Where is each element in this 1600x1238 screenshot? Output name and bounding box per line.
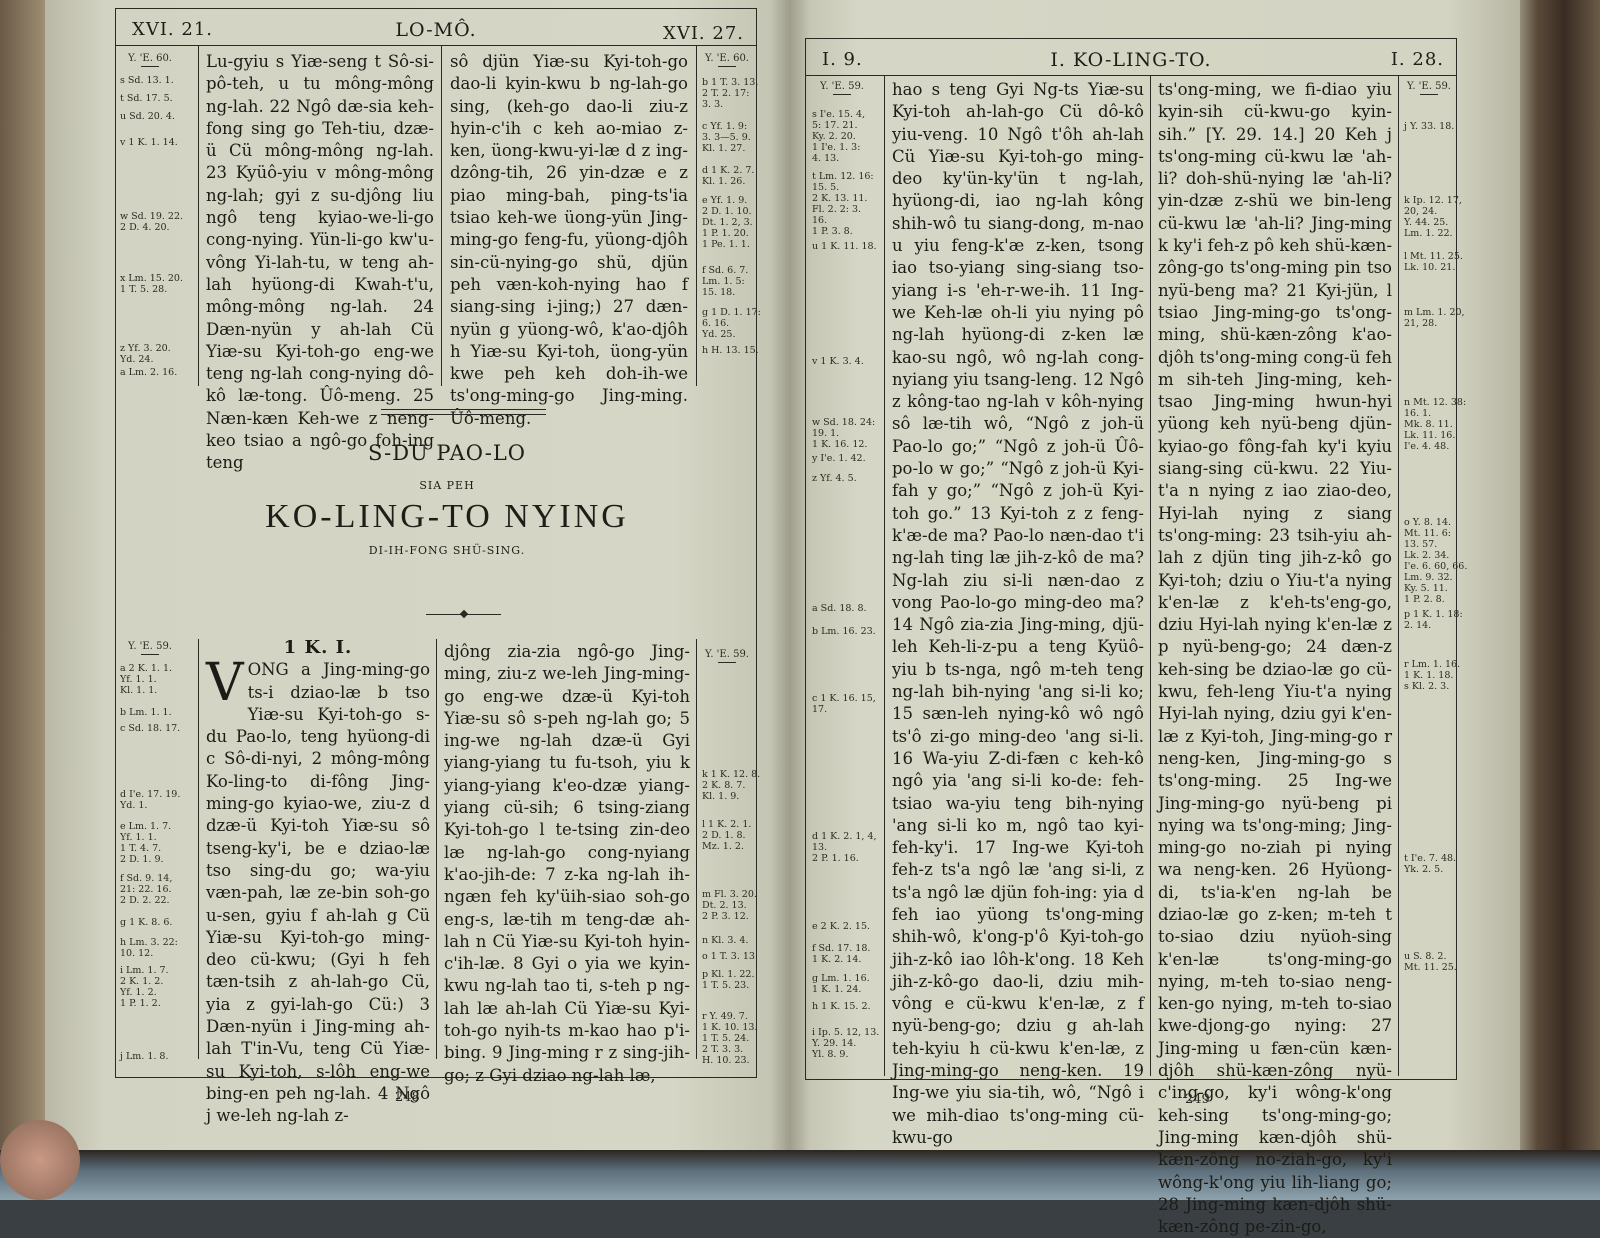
page-number: 249 bbox=[1185, 1092, 1210, 1107]
column-rule bbox=[696, 46, 697, 386]
right-page: I. 9. I. KO-LING-TO. I. 28. Y. 'E. 59. s… bbox=[785, 0, 1520, 1150]
left-page-frame: XVI. 21. LO-MÔ. XVI. 27. Y. 'E. 60. s Sd… bbox=[115, 8, 757, 1078]
body-text: ONG a Jing-ming-go ts-i dziao-læ b tso Y… bbox=[206, 660, 430, 1125]
reference-note: m Fl. 3. 20. Dt. 2. 13. 2 P. 3. 12. bbox=[702, 889, 757, 922]
reference-note: d 1 K. 2. 1, 4, 13. 2 P. 1. 16. bbox=[812, 831, 877, 864]
reference-note: a Sd. 18. 8. bbox=[812, 603, 867, 614]
reference-note: r Lm. 1. 16. 1 K. 1. 18. bbox=[1404, 659, 1460, 681]
book-title: KO-LING-TO NYING bbox=[198, 498, 696, 536]
running-head-right: I. 28. bbox=[1391, 49, 1444, 70]
reference-note: y I'e. 1. 42. bbox=[812, 453, 866, 464]
book-gutter bbox=[770, 0, 810, 1150]
column-rule bbox=[436, 639, 437, 1059]
reference-note: o Y. 8. 14. Mt. 11. 6: 13. 57. Lk. 2. 34… bbox=[1404, 517, 1467, 605]
reference-note: u Sd. 20. 4. bbox=[120, 111, 175, 122]
reference-note: n Kl. 3. 4. bbox=[702, 935, 748, 946]
reference-note: v 1 K. 3. 4. bbox=[812, 356, 864, 367]
reference-note: r Y. 49. 7. 1 K. 10. 13. 1 T. 5. 24. 2 T… bbox=[702, 1011, 757, 1066]
running-head: I. 9. I. KO-LING-TO. I. 28. bbox=[806, 39, 1456, 76]
reference-note: t I'e. 7. 48. Yk. 2. 5. bbox=[1404, 853, 1456, 875]
reference-note: h H. 13. 15. bbox=[702, 345, 759, 356]
reference-note: g 1 K. 8. 6. bbox=[120, 917, 172, 928]
column-rule bbox=[198, 46, 199, 386]
reference-note: c 1 K. 16. 15, 17. bbox=[812, 693, 876, 715]
title-subtitle: DI-IH-FONG SHÜ-SING. bbox=[198, 544, 696, 557]
reference-note: m Lm. 1. 20, 21, 28. bbox=[1404, 307, 1465, 329]
reference-note: w Sd. 19. 22. 2 D. 4. 20. bbox=[120, 211, 183, 233]
reference-note: d 1 K. 2. 7. Kl. 1. 26. bbox=[702, 165, 754, 187]
reference-note: x Lm. 15. 20. 1 T. 5. 28. bbox=[120, 273, 183, 295]
margin-header: Y. 'E. 59. bbox=[1404, 81, 1454, 95]
reference-note: s I'e. 15. 4, 5: 17. 21. Ky. 2. 20. 1 I'… bbox=[812, 109, 865, 164]
body-text: hao s teng Gyi Ng-ts Yiæ-su Kyi-toh ah-l… bbox=[892, 79, 1144, 1149]
text-column: 1 K. I. VONG a Jing-ming-go ts-i dziao-l… bbox=[206, 637, 430, 1128]
margin-header: Y. 'E. 59. bbox=[812, 81, 872, 95]
reference-note: l Mt. 11. 25. Lk. 10. 21. bbox=[1404, 251, 1463, 273]
body-text: ts'ong-ming, we fi-diao yiu kyin-sih cü-… bbox=[1158, 79, 1392, 1200]
reference-note: z Yf. 3. 20. Yd. 24. bbox=[120, 343, 171, 365]
reference-note: b Lm. 16. 23. bbox=[812, 626, 876, 637]
reference-note: h Lm. 3. 22: 10. 12. bbox=[120, 937, 178, 959]
text-column: djông zia-zia ngô-go Jing-ming, ziu-z we… bbox=[444, 641, 690, 1087]
reference-note: f Sd. 9. 14, 21: 22. 16. 2 D. 2. 22. bbox=[120, 873, 172, 906]
reference-note: g Lm. 1. 16. 1 K. 1. 24. bbox=[812, 973, 870, 995]
reference-note: l 1 K. 2. 1. 2 D. 1. 8. Mz. 1. 2. bbox=[702, 819, 751, 852]
reference-note: i Ip. 5. 12, 13. Y. 29. 14. Yl. 8. 9. bbox=[812, 1027, 879, 1060]
reference-note: t Lm. 12. 16: 15. 5. 2 K. 13. 11. Fl. 2.… bbox=[812, 171, 874, 237]
photo-background: XVI. 21. LO-MÔ. XVI. 27. Y. 'E. 60. s Sd… bbox=[0, 0, 1600, 1200]
body-text: sô djün Yiæ-su Kyi-toh-go dao-li kyin-kw… bbox=[450, 51, 688, 430]
title-small-line: SIA PEH bbox=[198, 479, 696, 492]
reference-note: h 1 K. 15. 2. bbox=[812, 1001, 871, 1012]
page-number: 248 bbox=[395, 1090, 420, 1105]
body-text: djông zia-zia ngô-go Jing-ming, ziu-z we… bbox=[444, 641, 690, 1087]
reference-note: b 1 T. 3. 13. 2 T. 2. 17: 3. 3. bbox=[702, 77, 758, 110]
column-rule bbox=[696, 639, 697, 1059]
reference-note: e 2 K. 2. 15. bbox=[812, 921, 870, 932]
reference-note: p 1 K. 1. 18: 2. 14. bbox=[1404, 609, 1463, 631]
reference-note: z Yf. 4. 5. bbox=[812, 473, 857, 484]
thumb bbox=[0, 1120, 80, 1200]
text-column: sô djün Yiæ-su Kyi-toh-go dao-li kyin-kw… bbox=[450, 51, 688, 430]
reference-note: j Lm. 1. 8. bbox=[120, 1051, 168, 1062]
reference-note: c Sd. 18. 17. bbox=[120, 723, 180, 734]
drop-cap: V bbox=[206, 661, 244, 705]
running-head-title: I. KO-LING-TO. bbox=[806, 49, 1456, 71]
reference-note: j Y. 33. 18. bbox=[1404, 121, 1454, 132]
title-author-line: S-DU PAO-LO bbox=[198, 441, 696, 465]
reference-note: a Lm. 2. 16. bbox=[120, 367, 177, 378]
reference-note: d I'e. 17. 19. Yd. 1. bbox=[120, 789, 180, 811]
reference-note: s Sd. 13. 1. bbox=[120, 75, 174, 86]
running-head-right: XVI. 27. bbox=[663, 23, 744, 44]
reference-note: t Sd. 17. 5. bbox=[120, 93, 173, 104]
reference-note: e Lm. 1. 7. Yf. 1. 1. 1 T. 4. 7. 2 D. 1.… bbox=[120, 821, 171, 865]
reference-note: i Lm. 1. 7. 2 K. 1. 2. Yf. 1. 2. 1 P. 1.… bbox=[120, 965, 169, 1009]
running-head: XVI. 21. LO-MÔ. XVI. 27. bbox=[116, 9, 756, 46]
margin-header: Y. 'E. 60. bbox=[120, 53, 180, 67]
diamond-ornament bbox=[426, 614, 501, 615]
margin-header: Y. 'E. 60. bbox=[702, 53, 752, 67]
book-title-block: S-DU PAO-LO SIA PEH KO-LING-TO NYING DI-… bbox=[198, 441, 696, 557]
reference-note: s Kl. 2. 3. bbox=[1404, 681, 1449, 692]
double-rule-divider bbox=[381, 409, 546, 415]
reference-note: k 1 K. 12. 8. 2 K. 8. 7. Kl. 1. 9. bbox=[702, 769, 760, 802]
column-rule bbox=[1150, 76, 1151, 1076]
reference-note: a 2 K. 1. 1. Yf. 1. 1. Kl. 1. 1. bbox=[120, 663, 172, 696]
column-rule bbox=[1398, 76, 1399, 1076]
margin-header: Y. 'E. 59. bbox=[120, 641, 180, 655]
reference-note: f Sd. 6. 7. Lm. 1. 5: 15. 18. bbox=[702, 265, 748, 298]
running-head-title: LO-MÔ. bbox=[116, 19, 756, 41]
column-rule bbox=[198, 639, 199, 1059]
right-page-frame: I. 9. I. KO-LING-TO. I. 28. Y. 'E. 59. s… bbox=[805, 38, 1457, 1080]
reference-note: p Kl. 1. 22. 1 T. 5. 23. bbox=[702, 969, 754, 991]
margin-header: Y. 'E. 59. bbox=[702, 649, 752, 663]
text-column: hao s teng Gyi Ng-ts Yiæ-su Kyi-toh ah-l… bbox=[892, 79, 1144, 1149]
book-cover-right bbox=[1510, 0, 1600, 1200]
reference-note: e Yf. 1. 9. 2 D. 1. 10. Dt. 1. 2, 3. 1 P… bbox=[702, 195, 753, 250]
reference-note: o 1 T. 3. 13. bbox=[702, 951, 758, 962]
reference-note: f Sd. 17. 18. 1 K. 2. 14. bbox=[812, 943, 870, 965]
column-rule bbox=[884, 76, 885, 1076]
reference-note: w Sd. 18. 24: 19. 1. 1 K. 16. 12. bbox=[812, 417, 875, 450]
reference-note: c Yf. 1. 9: 3. 3—5. 9. Kl. 1. 27. bbox=[702, 121, 751, 154]
reference-note: v 1 K. 1. 14. bbox=[120, 137, 178, 148]
reference-note: g 1 D. 1. 17: 6. 16. Yd. 25. bbox=[702, 307, 761, 340]
column-rule bbox=[441, 46, 442, 386]
reference-note: b Lm. 1. 1. bbox=[120, 707, 172, 718]
reference-note: u 1 K. 11. 18. bbox=[812, 241, 877, 252]
left-page: XVI. 21. LO-MÔ. XVI. 27. Y. 'E. 60. s Sd… bbox=[45, 0, 785, 1150]
reference-note: n Mt. 12. 38: 16. 1. Mk. 8. 11. Lk. 11. … bbox=[1404, 397, 1466, 452]
text-column: ts'ong-ming, we fi-diao yiu kyin-sih cü-… bbox=[1158, 79, 1392, 1200]
reference-note: k Ip. 12. 17, 20, 24. Y. 44. 25. Lm. 1. … bbox=[1404, 195, 1462, 239]
reference-note: u S. 8. 2. Mt. 11. 25. bbox=[1404, 951, 1457, 973]
